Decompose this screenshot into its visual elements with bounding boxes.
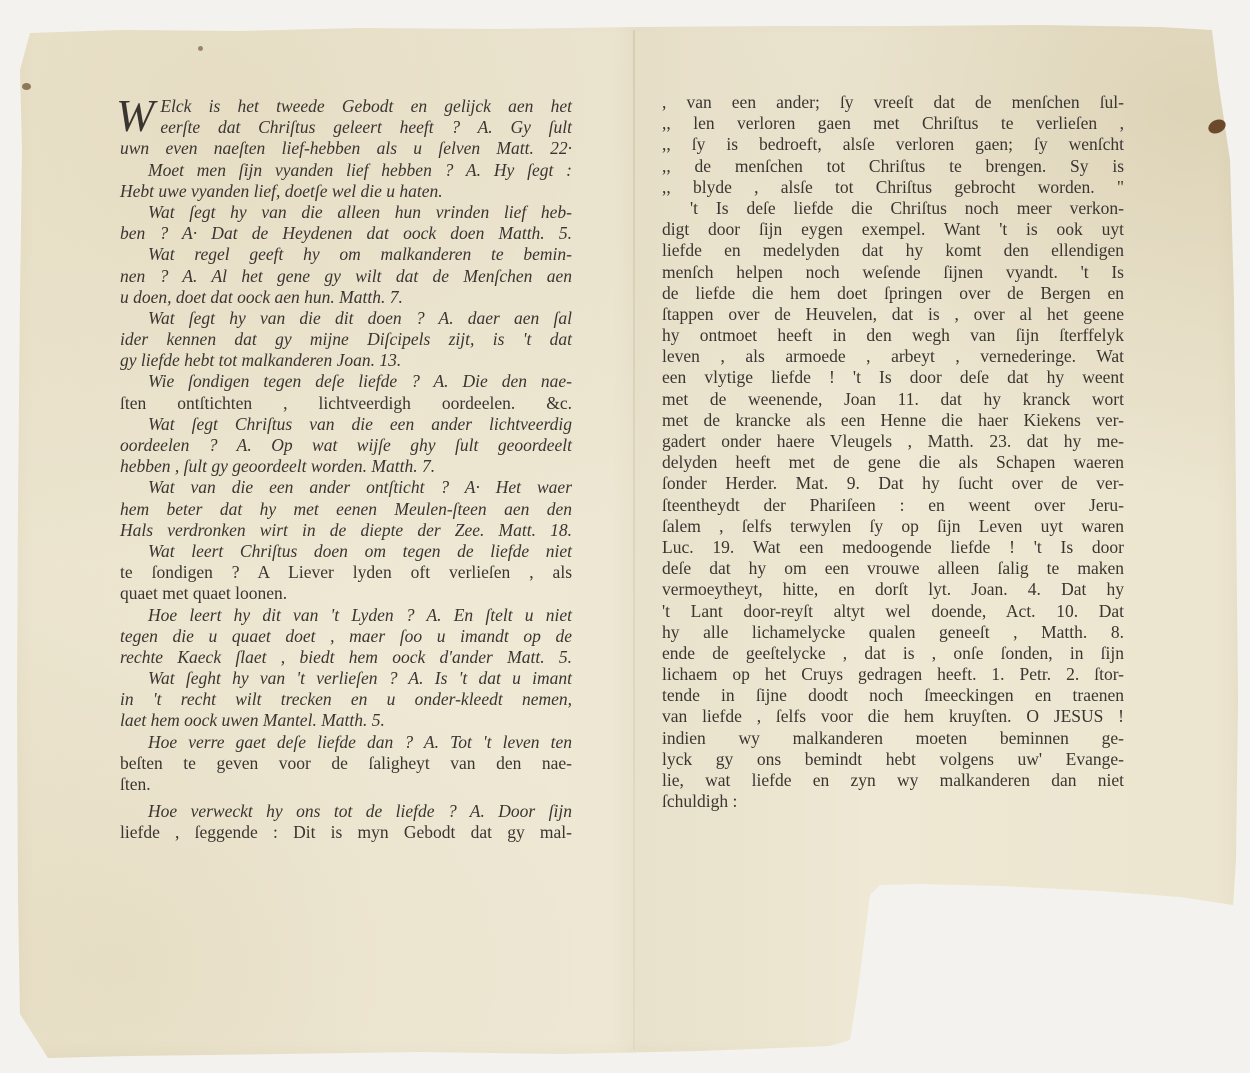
text-line: deſe dat hy om een vrouwe alleen ſalig t… bbox=[662, 558, 1124, 579]
text-line: indien wy malkanderen moeten beminnen ge… bbox=[662, 728, 1124, 749]
text-line: quaet met quaet loonen. bbox=[120, 583, 572, 604]
text-line: hem beter dat hy met eenen Meulen-ſteen … bbox=[120, 499, 572, 520]
text-line: u doen, doet dat oock aen hun. Matth. 7. bbox=[120, 287, 572, 308]
center-fold bbox=[633, 30, 635, 1050]
text-line: hy alle lichamelycke qualen geneeſt , Ma… bbox=[662, 622, 1124, 643]
text-line: eerſte dat Chriſtus geleert heeft ? A. G… bbox=[120, 117, 572, 138]
text-line: , van een ander; ſy vreeſt dat de menſch… bbox=[662, 92, 1124, 113]
text-line: beſten te geven voor de ſaligheyt van de… bbox=[120, 753, 572, 774]
text-line: ben ? A· Dat de Heydenen dat oock doen M… bbox=[120, 223, 572, 244]
text-line: ,, len verloren gaen met Chriſtus te ver… bbox=[662, 113, 1124, 134]
paragraph-start-line: 't Is deſe liefde die Chriſtus noch meer… bbox=[662, 198, 1124, 219]
question-line: Hoe verre gaet deſe liefde dan ? A. Tot … bbox=[120, 732, 572, 753]
drop-cap: W bbox=[116, 96, 154, 136]
text-line: een vlytige liefde ! 't Is door deſe dat… bbox=[662, 367, 1124, 388]
text-line: uwn even naeſten lief-hebben als u ſelve… bbox=[120, 138, 572, 159]
text-line: met de krancke als een Henne die haer Ki… bbox=[662, 410, 1124, 431]
text-line: Hals verdronken wirt in de diepte der Ze… bbox=[120, 520, 572, 541]
text-line: digt door ſijn eygen exempel. Want 't is… bbox=[662, 219, 1124, 240]
text-line: hy ontmoet heeft in den wegh van ſijn ſt… bbox=[662, 325, 1124, 346]
text-line: hebben , ſult gy geoordeelt worden. Matt… bbox=[120, 456, 572, 477]
ink-stain bbox=[22, 83, 31, 90]
text-line: oordeelen ? A. Op wat wijſe ghy ſult geo… bbox=[120, 435, 572, 456]
text-line: gadert onder haere Vleugels , Matth. 23.… bbox=[662, 431, 1124, 452]
text-line: met de weenende, Joan 11. dat hy kranck … bbox=[662, 389, 1124, 410]
left-column: W Elck is het tweede Gebodt en gelijck a… bbox=[120, 96, 572, 844]
text-line: in 't recht wilt trecken en u onder-klee… bbox=[120, 689, 572, 710]
text-line: van liefde , ſelfs voor die hem kruyſten… bbox=[662, 706, 1124, 727]
text-line: Hebt uwe vyanden lief, doetſe wel die u … bbox=[120, 181, 572, 202]
text-line: tende in ſijne doodt noch ſmeeckingen en… bbox=[662, 685, 1124, 706]
right-column: , van een ander; ſy vreeſt dat de menſch… bbox=[662, 92, 1124, 812]
question-line: Wat ſeght hy van 't verlieſen ? A. Is 't… bbox=[120, 668, 572, 689]
text-line: ſtappen over de Heuvelen, dat is , over … bbox=[662, 304, 1124, 325]
text-line: ende de geeſtelycke , dat is , onſe ſond… bbox=[662, 643, 1124, 664]
text-line: te ſondigen ? A Liever lyden oft verlieſ… bbox=[120, 562, 572, 583]
question-line: Moet men ſijn vyanden lief hebben ? A. H… bbox=[120, 160, 572, 181]
text-line: ſten. bbox=[120, 774, 572, 795]
document-scan: W Elck is het tweede Gebodt en gelijck a… bbox=[0, 0, 1250, 1073]
text-line: delyden heeft met de gene die als Schape… bbox=[662, 452, 1124, 473]
text-line: ,, ſy is bedroeft, alsſe verloren gaen; … bbox=[662, 134, 1124, 155]
question-line: Hoe verweckt hy ons tot de liefde ? A. D… bbox=[120, 801, 572, 822]
text-line: ſchuldigh : bbox=[662, 791, 1124, 812]
question-line: Wat van die een ander ontſticht ? A· Het… bbox=[120, 477, 572, 498]
ink-stain bbox=[198, 46, 203, 51]
text-line: ſteentheydt der Phariſeen : en weent ove… bbox=[662, 495, 1124, 516]
text-line: liefde , ſeggende : Dit is myn Gebodt da… bbox=[120, 822, 572, 843]
question-line: Hoe leert hy dit van 't Lyden ? A. En ſt… bbox=[120, 605, 572, 626]
text-line: lie, wat liefde en zyn wy malkanderen da… bbox=[662, 770, 1124, 791]
text-line: tegen die u quaet doet , maer ſoo u iman… bbox=[120, 626, 572, 647]
text-line: liefde en medelyden dat hy komt den elle… bbox=[662, 240, 1124, 261]
text-line: ,, de menſchen tot Chriſtus te brengen. … bbox=[662, 156, 1124, 177]
question-line: Wat regel geeft hy om malkanderen te bem… bbox=[120, 244, 572, 265]
text-line: ſten ontſtichten , lichtveerdigh oordeel… bbox=[120, 393, 572, 414]
text-line: menſch helpen noch weſende ſijnen vyandt… bbox=[662, 262, 1124, 283]
question-line: Wie ſondigen tegen deſe liefde ? A. Die … bbox=[120, 371, 572, 392]
question-line: Wat ſegt hy van die dit doen ? A. daer a… bbox=[120, 308, 572, 329]
text-line: ſonder Herder. Mat. 9. Dat hy ſucht over… bbox=[662, 473, 1124, 494]
text-line: de liefde die hem doet ſpringen over de … bbox=[662, 283, 1124, 304]
text-line: vermoeytheyt, hitte, en dorſt lyt. Joan.… bbox=[662, 579, 1124, 600]
text-line: ider kennen dat gy mijne Diſcipels zijt,… bbox=[120, 329, 572, 350]
text-line: Luc. 19. Wat een medoogende liefde ! 't … bbox=[662, 537, 1124, 558]
text-line: ,, blyde , alsſe tot Chriſtus gebrocht w… bbox=[662, 177, 1124, 198]
text-line: lyck gy ons bemindt hebt volgens uw' Eva… bbox=[662, 749, 1124, 770]
text-line: Elck is het tweede Gebodt en gelijck aen… bbox=[120, 96, 572, 117]
question-line: Wat ſegt Chriſtus van die een ander lich… bbox=[120, 414, 572, 435]
question-line: Wat ſegt hy van die alleen hun vrinden l… bbox=[120, 202, 572, 223]
text-line: 't Lant door-reyſt altyt wel doende, Act… bbox=[662, 601, 1124, 622]
question-line: Wat leert Chriſtus doen om tegen de lief… bbox=[120, 541, 572, 562]
text-line: leven , als armoede , arbeyt , vernederi… bbox=[662, 346, 1124, 367]
text-line: gy liefde hebt tot malkanderen Joan. 13. bbox=[120, 350, 572, 371]
text-line: nen ? A. Al het gene gy wilt dat de Menſ… bbox=[120, 266, 572, 287]
text-line: lichaem op het Cruys gedragen heeft. 1. … bbox=[662, 664, 1124, 685]
text-line: ſalem , ſelfs terwylen ſy op ſijn Leven … bbox=[662, 516, 1124, 537]
text-line: laet hem oock uwen Mantel. Matth. 5. bbox=[120, 710, 572, 731]
text-line: rechte Kaeck ſlaet , biedt hem oock d'an… bbox=[120, 647, 572, 668]
